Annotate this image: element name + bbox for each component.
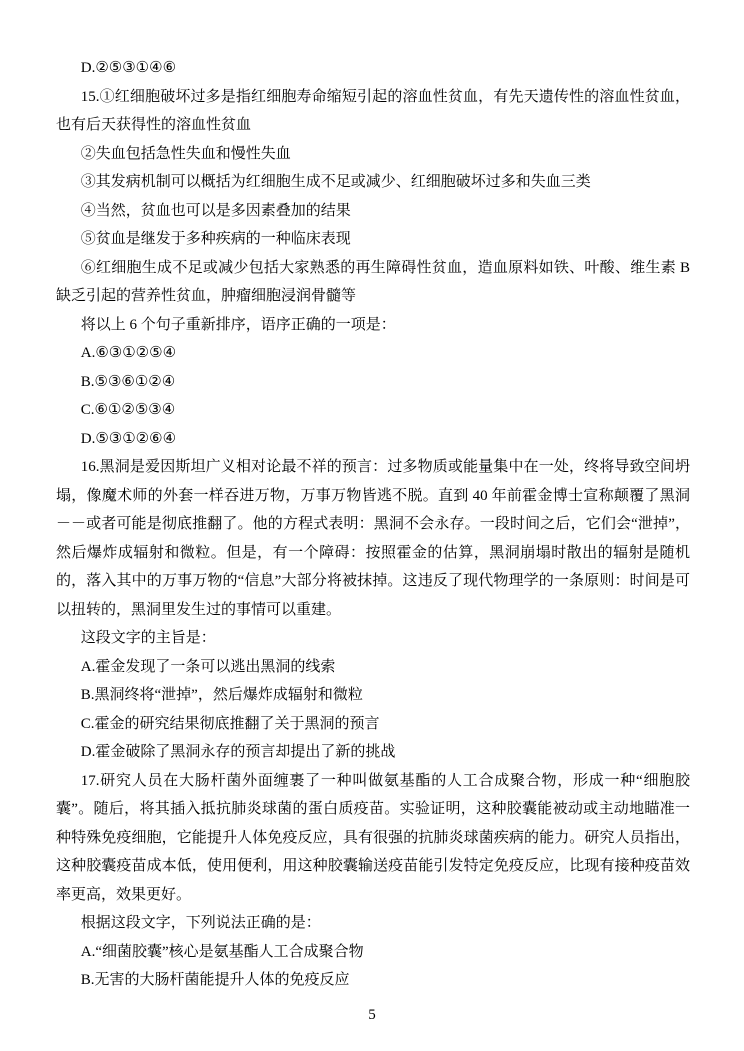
q16-stem: 16.黑洞是爱因斯坦广义相对论最不祥的预言：过多物质或能量集中在一处，终将导致空… [56, 453, 690, 624]
q15-option-d: D.⑤③①②⑥④ [56, 425, 690, 454]
q16-option-b: B.黑洞终将“泄掉”，然后爆炸成辐射和微粒 [56, 681, 690, 710]
q15-option-b: B.⑤③⑥①②④ [56, 368, 690, 397]
page-number: 5 [0, 1007, 744, 1023]
q15-option-c: C.⑥①②⑤③④ [56, 396, 690, 425]
q17-option-a: A.“细菌胶囊”核心是氨基酯人工合成聚合物 [56, 938, 690, 967]
q15-sentence-6: ⑥红细胞生成不足或减少包括大家熟悉的再生障碍性贫血，造血原料如铁、叶酸、维生素 … [56, 254, 690, 311]
prev-question-option-d: D.②⑤③①④⑥ [56, 54, 690, 83]
q15-sentence-1: 15.①红细胞破坏过多是指红细胞寿命缩短引起的溶血性贫血，有先天遗传性的溶血性贫… [56, 83, 690, 140]
q15-sentence-5: ⑤贫血是继发于多种疾病的一种临床表现 [56, 225, 690, 254]
q15-instruction: 将以上 6 个句子重新排序，语序正确的一项是： [56, 311, 690, 340]
q16-option-c: C.霍金的研究结果彻底推翻了关于黑洞的预言 [56, 710, 690, 739]
q16-question: 这段文字的主旨是： [56, 624, 690, 653]
q15-sentence-4: ④当然，贫血也可以是多因素叠加的结果 [56, 197, 690, 226]
q17-option-b: B.无害的大肠杆菌能提升人体的免疫反应 [56, 966, 690, 995]
q16-option-a: A.霍金发现了一条可以逃出黑洞的线索 [56, 653, 690, 682]
q16-option-d: D.霍金破除了黑洞永存的预言却提出了新的挑战 [56, 738, 690, 767]
q17-stem: 17.研究人员在大肠杆菌外面缠裹了一种叫做氨基酯的人工合成聚合物，形成一种“细胞… [56, 767, 690, 910]
document-body: D.②⑤③①④⑥ 15.①红细胞破坏过多是指红细胞寿命缩短引起的溶血性贫血，有先… [56, 54, 690, 995]
q15-sentence-3: ③其发病机制可以概括为红细胞生成不足或减少、红细胞破坏过多和失血三类 [56, 168, 690, 197]
q15-sentence-2: ②失血包括急性失血和慢性失血 [56, 140, 690, 169]
document-page: D.②⑤③①④⑥ 15.①红细胞破坏过多是指红细胞寿命缩短引起的溶血性贫血，有先… [0, 0, 744, 1051]
q15-option-a: A.⑥③①②⑤④ [56, 339, 690, 368]
q17-question: 根据这段文字，下列说法正确的是： [56, 909, 690, 938]
